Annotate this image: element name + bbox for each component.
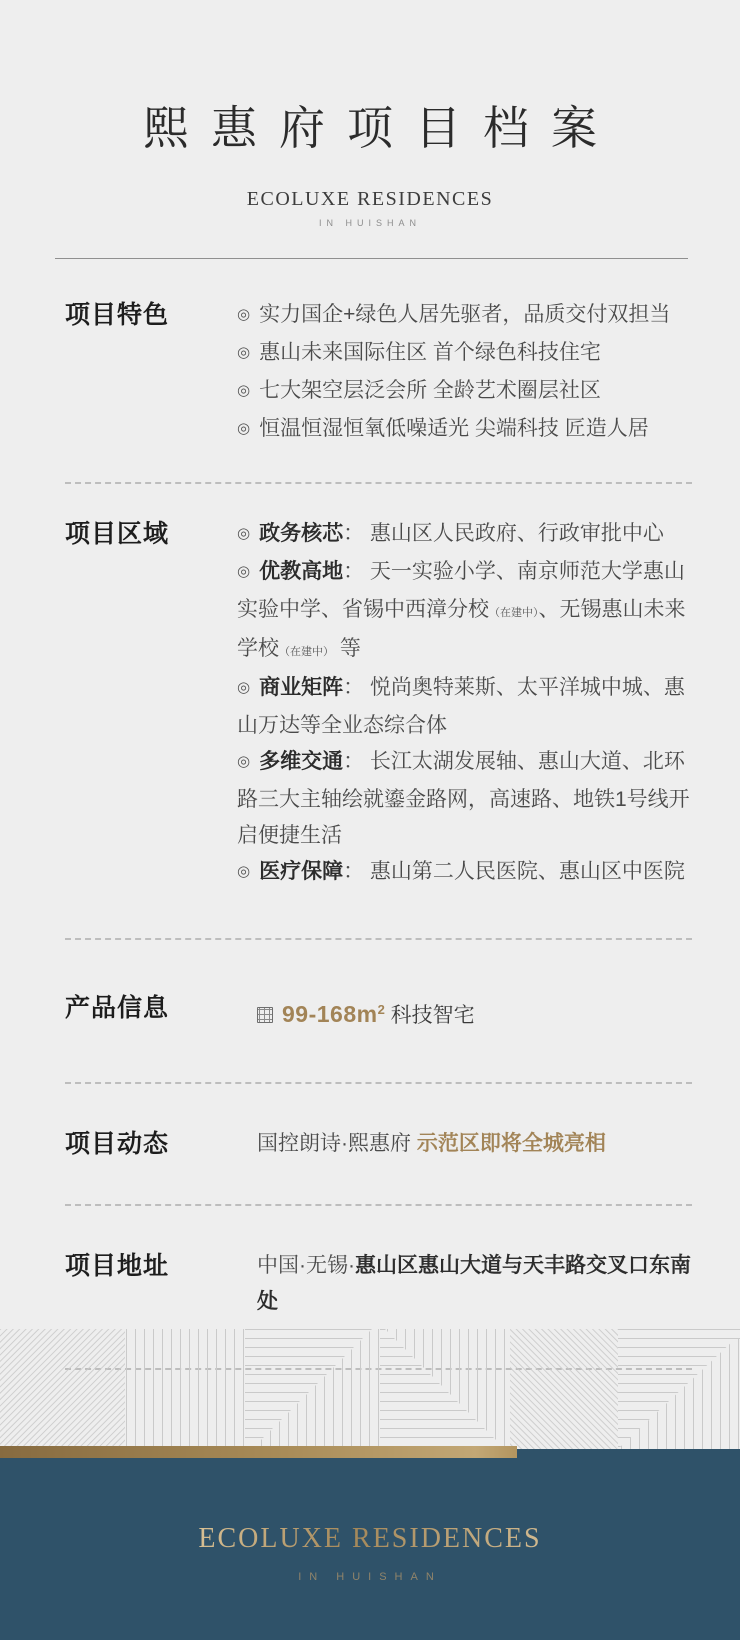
brand-wordmark: ECOLUXE RESIDENCES — [0, 188, 740, 211]
list-item: 国控朗诗·熙惠府 示范区即将全城亮相 — [237, 1126, 692, 1162]
section-content-area: ◎政务核芯： 惠山区人民政府、行政审批中心◎优教高地： 天一实验小学、南京师范大… — [237, 516, 692, 892]
dashed-divider — [65, 482, 692, 484]
dashed-divider — [65, 938, 692, 940]
bullet-icon: ◎ — [237, 753, 250, 770]
bullet-icon: ◎ — [237, 563, 250, 580]
section-label-product: 产品信息 — [65, 990, 237, 1026]
footer: ECOLUXE RESIDENCES IN HUISHAN — [0, 1449, 740, 1640]
section-label-news: 项目动态 — [65, 1126, 237, 1162]
header: 熙惠府项目档案 ECOLUXE RESIDENCES IN HUISHAN — [0, 0, 740, 259]
section-news: 项目动态国控朗诗·熙惠府 示范区即将全城亮相 — [65, 1126, 692, 1162]
item-text-lead: 政务核芯 — [259, 522, 343, 545]
item-text-text: 国控朗诗·熙惠府 — [257, 1132, 417, 1155]
section-label-address: 项目地址 — [65, 1248, 237, 1284]
section-content-address: 中国·无锡·惠山区惠山大道与天丰路交叉口东南处 — [237, 1248, 692, 1320]
section-label-features: 项目特色 — [65, 297, 237, 333]
list-item: ◎多维交通： 长江太湖发展轴、惠山大道、北环路三大主轴绘就鎏金路网，高速路、地铁… — [237, 744, 692, 854]
sections: 项目特色◎实力国企+绿色人居先驱者，品质交付双担当◎惠山未来国际住区 首个绿色科… — [0, 297, 740, 1370]
item-text-text: 七大架空层泛会所 全龄艺术圈层社区 — [259, 379, 601, 402]
list-item: ◎政务核芯： 惠山区人民政府、行政审批中心 — [237, 516, 692, 554]
item-text-text: 惠山未来国际住区 首个绿色科技住宅 — [259, 341, 601, 364]
section-features: 项目特色◎实力国企+绿色人居先驱者，品质交付双担当◎惠山未来国际住区 首个绿色科… — [65, 297, 692, 449]
footer-brand-wordmark: ECOLUXE RESIDENCES — [198, 1523, 541, 1555]
list-item: ◎商业矩阵： 悦尚奥特莱斯、太平洋城中城、惠山万达等全业态综合体 — [237, 670, 692, 744]
area-icon — [257, 1007, 273, 1023]
footer-brand-subtitle: IN HUISHAN — [0, 1571, 740, 1583]
item-text-text: 实力国企+绿色人居先驱者，品质交付双担当 — [259, 303, 670, 326]
section-content-features: ◎实力国企+绿色人居先驱者，品质交付双担当◎惠山未来国际住区 首个绿色科技住宅◎… — [237, 297, 692, 449]
list-item: 中国·无锡·惠山区惠山大道与天丰路交叉口东南处 — [237, 1248, 692, 1320]
dashed-divider — [65, 1082, 692, 1084]
bullet-icon: ◎ — [237, 525, 250, 542]
item-text-lead: 医疗保障 — [259, 860, 343, 883]
item-text-text: ： 惠山区人民政府、行政审批中心 — [343, 522, 664, 545]
list-item: ◎医疗保障： 惠山第二人民医院、惠山区中医院 — [237, 854, 692, 892]
section-area: 项目区域◎政务核芯： 惠山区人民政府、行政审批中心◎优教高地： 天一实验小学、南… — [65, 516, 692, 892]
bullet-icon: ◎ — [237, 420, 250, 437]
bullet-icon: ◎ — [237, 679, 250, 696]
item-text-lead: 商业矩阵 — [259, 676, 343, 699]
list-item: ◎实力国企+绿色人居先驱者，品质交付双担当 — [237, 297, 692, 335]
section-content-product: 99-168m2 科技智宅 — [237, 990, 692, 1036]
section-address: 项目地址中国·无锡·惠山区惠山大道与天丰路交叉口东南处 — [65, 1248, 692, 1320]
section-content-news: 国控朗诗·熙惠府 示范区即将全城亮相 — [237, 1126, 692, 1162]
bullet-icon: ◎ — [237, 863, 250, 880]
item-text-lead: 优教高地 — [259, 560, 343, 583]
bullet-icon: ◎ — [237, 306, 250, 323]
item-text-gold: 示范区即将全城亮相 — [417, 1132, 606, 1155]
poster-page: 熙惠府项目档案 ECOLUXE RESIDENCES IN HUISHAN 项目… — [0, 0, 740, 1640]
bullet-icon: ◎ — [237, 382, 250, 399]
section-product: 产品信息99-168m2 科技智宅 — [65, 990, 692, 1036]
list-item: ◎惠山未来国际住区 首个绿色科技住宅 — [237, 335, 692, 373]
superscript: 2 — [378, 1002, 385, 1017]
item-text-text: ： 惠山第二人民医院、惠山区中医院 — [343, 860, 685, 883]
list-item: ◎恒温恒湿恒氧低噪适光 尖端科技 匠造人居 — [237, 411, 692, 449]
header-divider — [55, 258, 688, 259]
item-text-text: 恒温恒湿恒氧低噪适光 尖端科技 匠造人居 — [259, 417, 649, 440]
item-text-lead: 多维交通 — [259, 750, 343, 773]
section-label-area: 项目区域 — [65, 516, 237, 552]
list-item: ◎七大架空层泛会所 全龄艺术圈层社区 — [237, 373, 692, 411]
item-text-text: 中国·无锡· — [257, 1254, 355, 1277]
item-text-small: （在建中） — [279, 646, 334, 658]
deco-pattern — [0, 1329, 740, 1449]
dashed-divider — [65, 1204, 692, 1206]
gold-bar-accent — [0, 1446, 517, 1458]
bullet-icon: ◎ — [237, 344, 250, 361]
list-item: 99-168m2 科技智宅 — [237, 990, 692, 1036]
brand-subtitle: IN HUISHAN — [0, 218, 740, 228]
item-text-goldnum: 99-168m — [282, 1001, 378, 1027]
item-text-dark: 科技智宅 — [385, 1004, 475, 1027]
list-item: ◎优教高地： 天一实验小学、南京师范大学惠山实验中学、省锡中西漳分校（在建中）、… — [237, 554, 692, 670]
page-title: 熙惠府项目档案 — [0, 100, 740, 158]
item-text-text: 等 — [334, 637, 361, 660]
item-text-small: （在建中） — [489, 607, 539, 619]
